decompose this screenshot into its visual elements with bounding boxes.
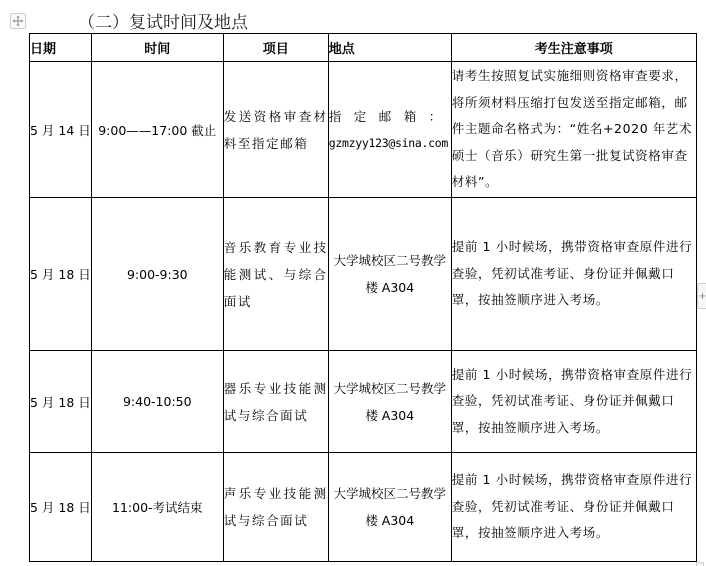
header-time: 时间 <box>91 34 223 62</box>
place-label: 指 定 邮 箱 ： <box>329 103 451 130</box>
table-header-row: 日期 时间 项目 地点 考生注意事项 <box>30 34 697 62</box>
section-heading: （二）复试时间及地点 <box>78 8 248 33</box>
cell-notes: 提前 1 小时候场，携带资格审查原件进行查验，凭初试准考证、身份证并佩戴口罩，按… <box>451 198 696 351</box>
cell-item: 发送资格审查材料至指定邮箱 <box>223 62 328 198</box>
cell-notes: 提前 1 小时候场，携带资格审查原件进行查验，凭初试准考证、身份证并佩戴口罩，按… <box>451 351 696 453</box>
add-column-button[interactable]: + <box>697 283 706 309</box>
place-email: gzmzyy123@sina.com <box>329 130 451 157</box>
cell-item: 声乐专业技能测试与综合面试 <box>223 453 328 562</box>
cell-date: 5 月 18 日 <box>30 453 92 562</box>
header-date: 日期 <box>30 34 92 62</box>
plus-icon: + <box>698 291 706 302</box>
cell-place: 大学城校区二号教学楼 A304 <box>328 198 451 351</box>
cell-time: 11:00-考试结束 <box>91 453 223 562</box>
table-row: 5 月 18 日 9:00-9:30 音乐教育专业技能测试、与综合面试 大学城校… <box>30 198 697 351</box>
cell-time: 9:00——17:00 截止 <box>91 62 223 198</box>
table-row: 5 月 18 日 9:40-10:50 器乐专业技能测试与综合面试 大学城校区二… <box>30 351 697 453</box>
move-arrows-icon <box>12 15 24 27</box>
table-row: 5 月 18 日 11:00-考试结束 声乐专业技能测试与综合面试 大学城校区二… <box>30 453 697 562</box>
cell-notes: 提前 1 小时候场，携带资格审查原件进行查验，凭初试准考证、身份证并佩戴口罩，按… <box>451 453 696 562</box>
cell-place: 大学城校区二号教学楼 A304 <box>328 453 451 562</box>
cell-date: 5 月 18 日 <box>30 351 92 453</box>
header-item: 项目 <box>223 34 328 62</box>
cell-item: 器乐专业技能测试与综合面试 <box>223 351 328 453</box>
cell-place: 大学城校区二号教学楼 A304 <box>328 351 451 453</box>
table-row: 5 月 14 日 9:00——17:00 截止 发送资格审查材料至指定邮箱 指 … <box>30 62 697 198</box>
header-notes: 考生注意事项 <box>451 34 696 62</box>
cell-time: 9:40-10:50 <box>91 351 223 453</box>
table-move-handle[interactable] <box>10 13 26 29</box>
cell-place: 指 定 邮 箱 ： gzmzyy123@sina.com <box>328 62 451 198</box>
schedule-table: 日期 时间 项目 地点 考生注意事项 5 月 14 日 9:00——17:00 … <box>29 33 697 562</box>
cell-date: 5 月 18 日 <box>30 198 92 351</box>
header-place: 地点 <box>328 34 451 62</box>
cell-date: 5 月 14 日 <box>30 62 92 198</box>
table-resize-handle[interactable] <box>696 562 704 566</box>
cell-time: 9:00-9:30 <box>91 198 223 351</box>
cell-notes: 请考生按照复试实施细则资格审查要求，将所须材料压缩打包发送至指定邮箱，邮件主题命… <box>451 62 696 198</box>
cell-item: 音乐教育专业技能测试、与综合面试 <box>223 198 328 351</box>
